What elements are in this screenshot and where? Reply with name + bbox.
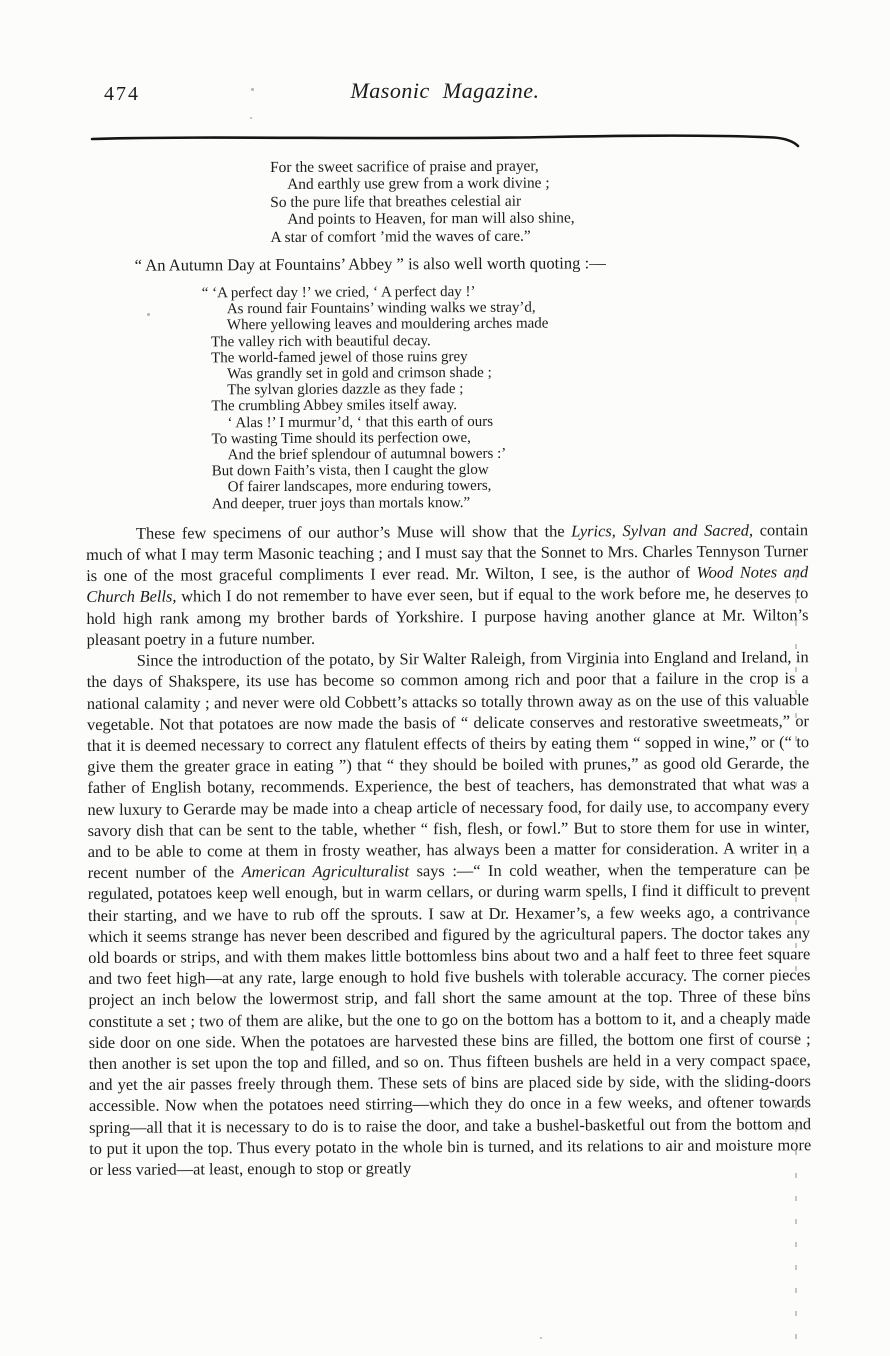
quote-intro: “ An Autumn Day at Fountains’ Abbey ” is… [85,251,807,277]
scan-artifact-right-margin [795,552,797,1340]
text-run: which I do not remember to have ever see… [86,584,808,649]
poem-line: And deeper, truer joys than mortals know… [212,493,808,512]
text-run: says :—“ In cold weather, when the tempe… [88,859,811,1179]
scan-speck [250,117,252,119]
text-run: Since the introduction of the potato, by… [87,647,810,882]
page-content: For the sweet sacrifice of praise and pr… [84,148,811,1180]
paragraph-author-review: These few specimens of our author’s Muse… [86,519,809,650]
italic-text: American Agriculturalist [242,861,410,881]
paragraph-potato-essay: Since the introduction of the potato, by… [87,646,812,1180]
scan-speck [147,313,150,316]
scan-speck [251,88,254,91]
text-run: These few specimens of our author’s Muse… [136,521,571,542]
magazine-title: Masonic Magazine. [0,78,890,104]
poem-praise: For the sweet sacrifice of praise and pr… [270,156,806,246]
italic-text: Lyrics, Sylvan and Sacred, [571,520,753,540]
poem-line: A star of comfort ’mid the waves of care… [270,226,806,246]
scan-speck [540,1337,542,1339]
poem-autumn-day: “ ‘A perfect day !’ we cried, ‘ A perfec… [211,282,808,512]
magazine-page: 474 Masonic Magazine. For the sweet sacr… [0,0,890,1356]
